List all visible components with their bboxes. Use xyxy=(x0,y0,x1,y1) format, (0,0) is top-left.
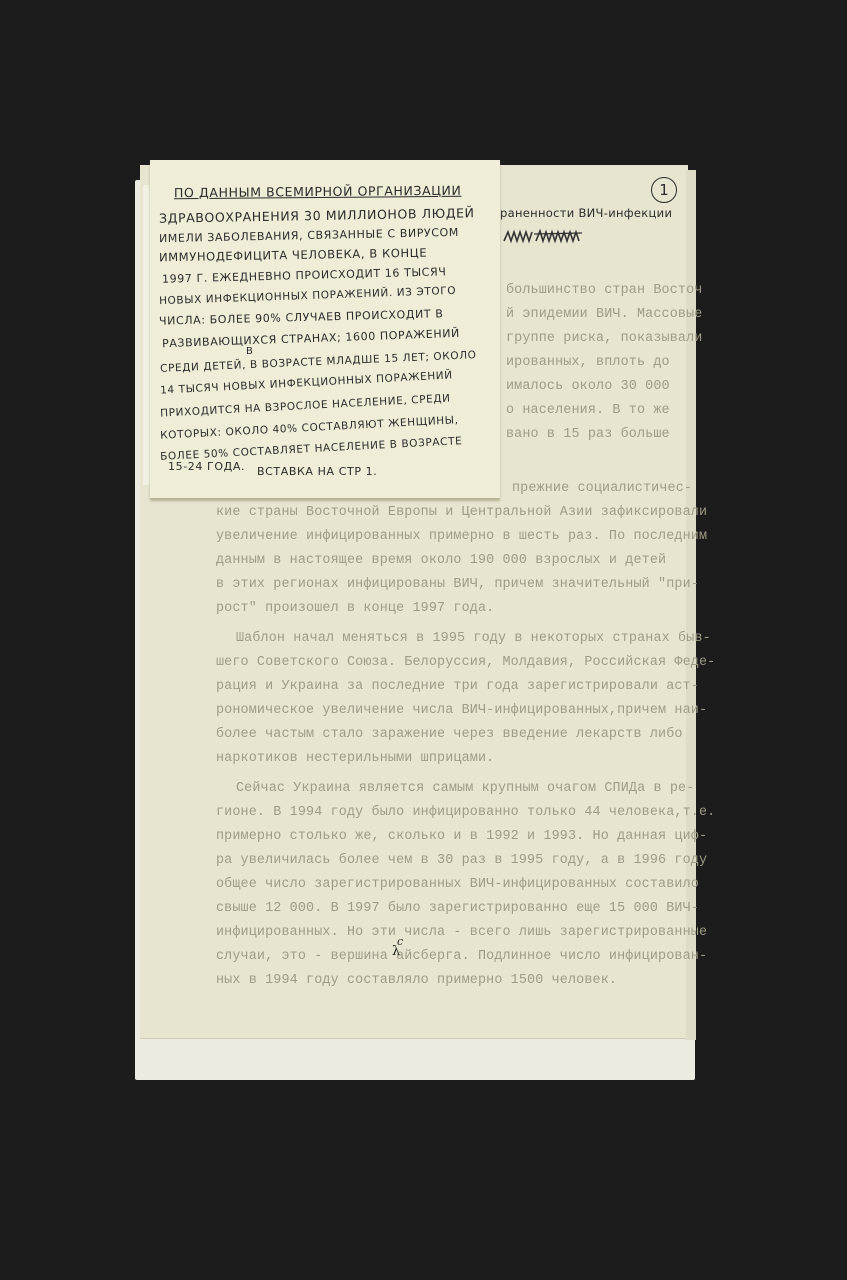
note-line: новых инфекционных поражений. Из этого xyxy=(159,285,456,307)
typed-line: рация и Украина за последние три года за… xyxy=(216,679,699,694)
note-line: имели заболевания, связанные с вирусом xyxy=(159,226,459,245)
note-line: Здравоохранения 30 миллионов людей xyxy=(159,205,475,226)
typed-line: гионе. В 1994 году было инфицированно то… xyxy=(216,805,715,820)
typed-line: ра увеличилась более чем в 30 раз в 1995… xyxy=(216,853,707,868)
typed-line: Шаблон начал меняться в 1995 году в неко… xyxy=(236,631,711,646)
note-line: числа: более 90% случаев происходит в xyxy=(159,307,444,327)
typed-line: кие страны Восточной Европы и Центрально… xyxy=(216,505,707,520)
typed-line: инфицированных. Но эти числа - всего лиш… xyxy=(216,925,707,940)
typed-line: ималось около 30 000 xyxy=(506,379,670,394)
typed-line: Сейчас Украина является самым крупным оч… xyxy=(236,781,694,796)
typed-line: рост" произошел в конце 1997 года. xyxy=(216,601,494,616)
typed-line: о населения. В то же xyxy=(506,403,670,418)
typed-line: ных в 1994 году составляло примерно 1500… xyxy=(216,973,617,988)
typed-line: й эпидемии ВИЧ. Массовые xyxy=(506,307,702,322)
handwritten-insert-note: По данным Всемирной Организации Здравоох… xyxy=(150,160,500,498)
note-footer-insert-label: Вставка на стр 1. xyxy=(257,465,377,478)
page-number: 1 xyxy=(659,181,669,199)
typed-line: увеличение инфицированных примерно в шес… xyxy=(216,529,707,544)
typed-line: примерно столько же, сколько и в 1992 и … xyxy=(216,829,707,844)
typed-line: вано в 15 раз больше xyxy=(506,427,670,442)
typed-line: случаи, это - вершина айсберга. Подлинно… xyxy=(216,949,707,964)
typed-line: прежние социалистичес- xyxy=(512,481,692,496)
page-number-circle: 1 xyxy=(651,177,677,203)
typed-line: наркотиков нестерильными шприцами. xyxy=(216,751,494,766)
typed-line: более частым стало заражение через введе… xyxy=(216,727,683,742)
typed-line: данным в настоящее время около 190 000 в… xyxy=(216,553,666,568)
insertion-marker: в xyxy=(246,346,253,357)
typed-line: большинство стран Восточ xyxy=(506,283,702,298)
note-line: иммунодефицита человека, в конце xyxy=(159,246,427,265)
typed-line: свыше 12 000. В 1997 было зарегистрирова… xyxy=(216,901,699,916)
margin-handwriting: раненности ВИЧ-инфекции xyxy=(500,206,672,220)
typed-line: общее число зарегистрированных ВИЧ-инфиц… xyxy=(216,877,699,892)
typed-line: в этих регионах инфицированы ВИЧ, причем… xyxy=(216,577,699,592)
typed-line: ированных, вплоть до xyxy=(506,355,670,370)
typed-line: группе риска, показывали xyxy=(506,331,702,346)
note-line: 1997 г. Ежедневно происходит 16 тысяч xyxy=(162,265,447,285)
note-line: 15-24 года. xyxy=(168,460,245,473)
note-line: приходится на взрослое население, среди xyxy=(160,392,451,419)
note-line: 14 тысяч новых инфекционных поражений xyxy=(160,369,453,396)
struck-out-text-scribble xyxy=(502,229,582,245)
note-line: развивающихся странах; 1600 поражений xyxy=(162,327,460,350)
correction-mark: λ xyxy=(392,944,400,959)
note-line: По данным Всемирной Организации xyxy=(174,183,462,201)
typed-line: шего Советского Союза. Белоруссия, Молда… xyxy=(216,655,715,670)
typed-line: рономическое увеличение числа ВИЧ-инфици… xyxy=(216,703,707,718)
